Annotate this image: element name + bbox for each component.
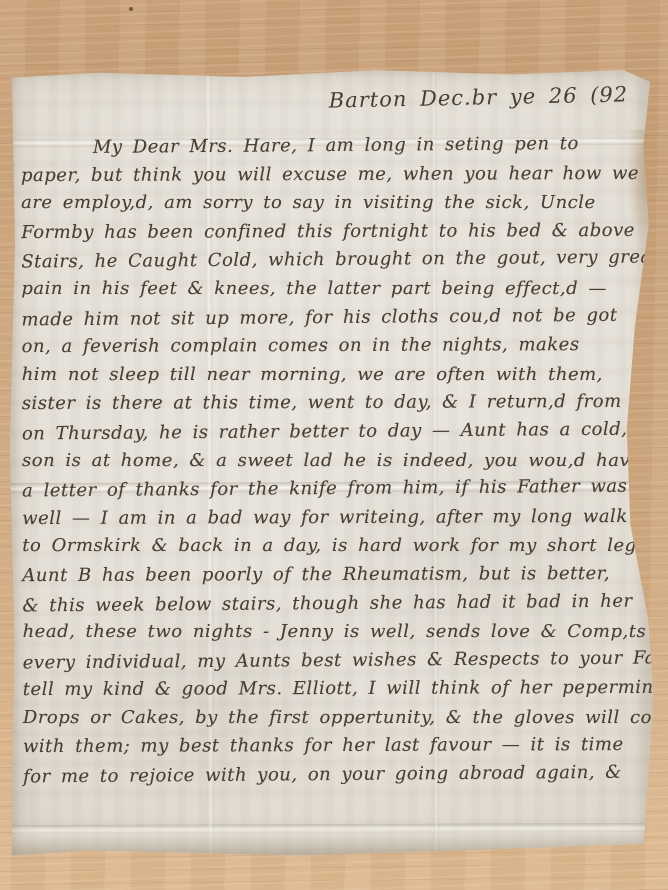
wood-speck [129, 7, 133, 11]
letter-line: son is at home, & a sweet lad he is inde… [22, 447, 646, 476]
letter-paper: Barton Dec.br ye 26 (92 My Dear Mrs. Har… [7, 67, 656, 857]
letter-line: for me to rejoice with you, on your goin… [23, 759, 647, 792]
letter-line: every individual, my Aunts best wishes &… [23, 644, 647, 677]
letter-line: well — I am in a bad way for writeing, a… [22, 503, 646, 534]
letter-line: to Ormskirk & back in a day, is hard wor… [22, 532, 646, 561]
letter-line: on, a feverish complain comes on in the … [22, 331, 646, 362]
letter-line: sister is there at this time, went to da… [22, 388, 646, 419]
letter-line: paper, but think you will excuse me, whe… [21, 159, 645, 190]
letter-line: pain in his feet & knees, the latter par… [21, 275, 645, 304]
letter-line: Aunt B has been poorly of the Rheumatism… [22, 560, 646, 591]
letter-line: are employ,d, am sorry to say in visitin… [21, 189, 645, 218]
letter-line: head, these two nights - Jenny is well, … [23, 618, 647, 647]
letter-line: Stairs, he Caught Cold, which brought on… [21, 244, 645, 277]
wooden-table-background: Barton Dec.br ye 26 (92 My Dear Mrs. Har… [0, 0, 668, 890]
letter-line: with them; my best thanks for her last f… [23, 731, 647, 762]
letter-line: on Thursday, he is rather better to day … [22, 415, 646, 448]
letter-line: Formby has been confined this fortnight … [21, 217, 645, 248]
letter-line: tell my kind & good Mrs. Elliott, I will… [23, 674, 647, 705]
letter-line: him not sleep till near morning, we are … [22, 361, 646, 390]
letter-line: a letter of thanks for the knife from hi… [22, 473, 646, 506]
letter-line: Drops or Cakes, by the first oppertunity… [23, 704, 647, 733]
paper-crease-horizontal-bottom [9, 823, 655, 834]
paper-bottom-fold [9, 829, 655, 857]
letter-body: My Dear Mrs. Hare, I am long in seting p… [21, 131, 647, 791]
letter-line: My Dear Mrs. Hare, I am long in seting p… [21, 130, 645, 163]
letter-line: made him not sit up more, for his cloths… [21, 301, 645, 334]
letter-line: & this week below stairs, though she has… [22, 587, 646, 620]
letter-dateline: Barton Dec.br ye 26 (92 [329, 82, 629, 112]
